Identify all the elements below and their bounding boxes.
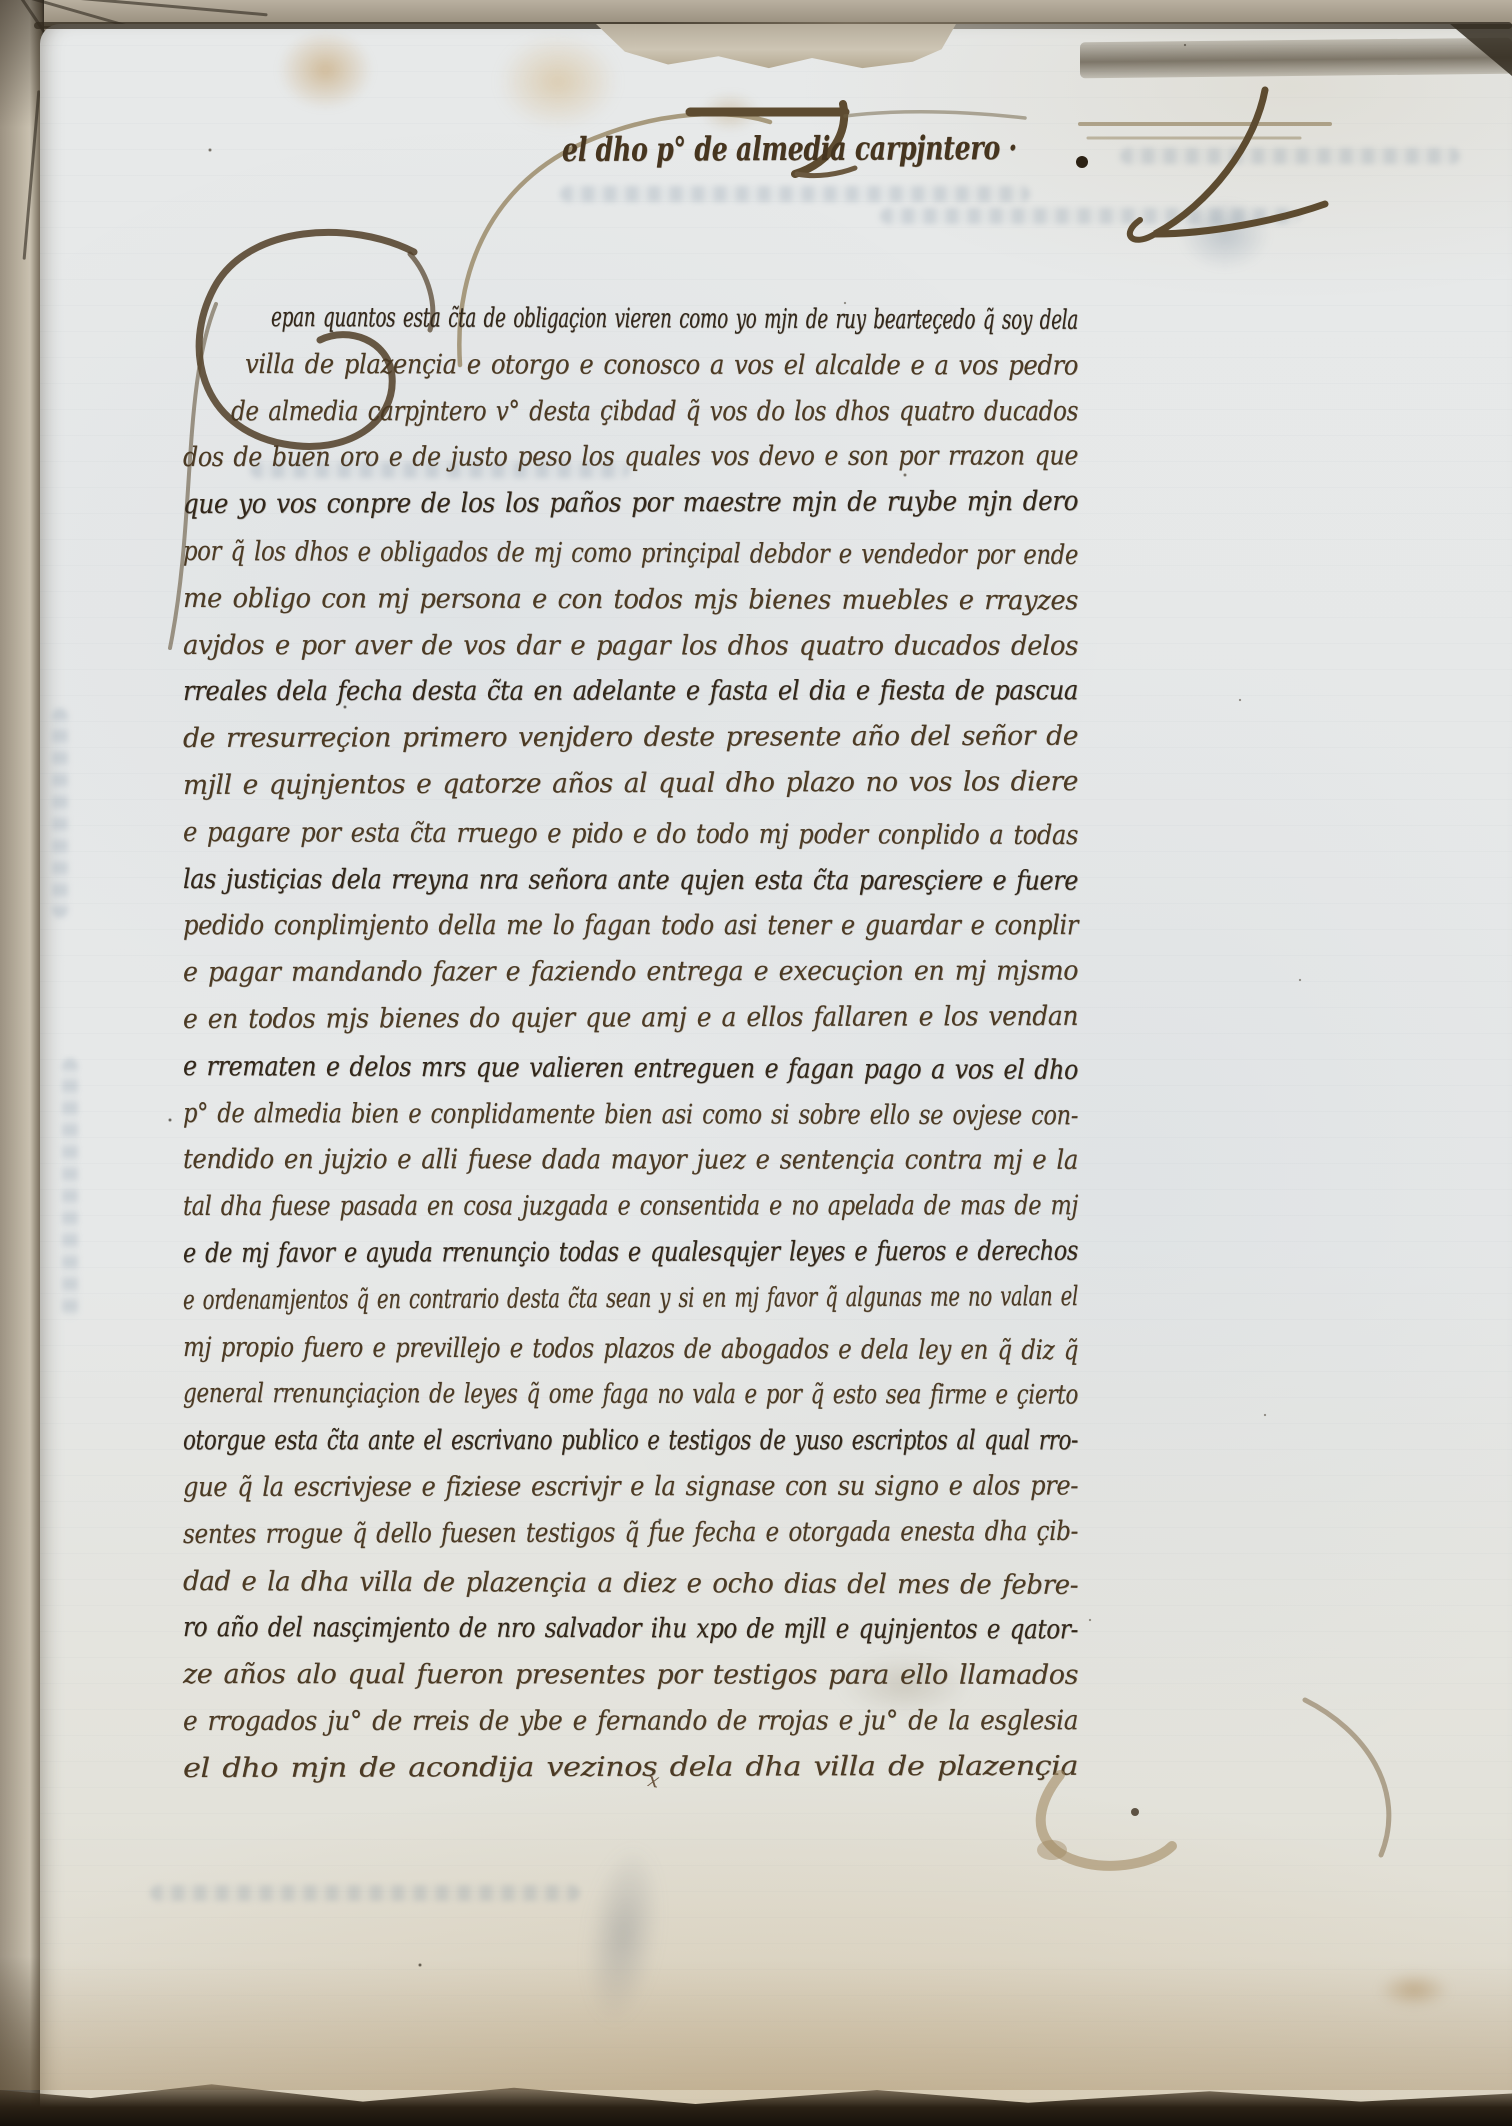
manuscript-line-text: sentes rrogue q̃ dello fuesen testigos q… — [183, 1509, 1078, 1559]
manuscript-line: que yo vos conpre de los los paños por m… — [183, 482, 1078, 529]
manuscript-line: mj propio fuero e previllejo e todos pla… — [183, 1325, 1078, 1372]
manuscript-line: mjll e qujnjentos e qatorze años al qual… — [183, 763, 1078, 810]
manuscript-line: ze años alo qual fueron presentes por te… — [183, 1652, 1078, 1699]
manuscript-line-text: general rrenunçiaçion de leyes q̃ ome fa… — [183, 1371, 1078, 1419]
manuscript-line-text: por q̃ los dhos e obligados de mj como p… — [183, 529, 1078, 580]
manuscript-line-text: avjdos e por aver de vos dar e pagar los… — [183, 623, 1078, 671]
manuscript-line-text: gue q̃ la escrivjese e fiziese escrivjr … — [183, 1463, 1078, 1511]
manuscript-line: avjdos e por aver de vos dar e pagar los… — [183, 623, 1078, 670]
manuscript-line-text: e de mj favor e ayuda rrenunçio todas e … — [183, 1229, 1078, 1278]
manuscript-line: pedido conplimjento della me lo fagan to… — [183, 903, 1078, 950]
manuscript-line: e de mj favor e ayuda rrenunçio todas e … — [183, 1231, 1078, 1278]
manuscript-line-text: p° de almedia bien e conplidamente bien … — [183, 1091, 1078, 1140]
manuscript-line: e ordenamjentos q̃ en contrario desta c̃… — [183, 1278, 1078, 1325]
manuscript-line: las justiçias dela rreyna nra señora ant… — [183, 857, 1078, 904]
manuscript-line-text: mjll e qujnjentos e qatorze años al qual… — [183, 759, 1078, 810]
manuscript-line: e en todos mjs bienes do qujer que amj e… — [183, 997, 1078, 1044]
manuscript-line: dos de buen oro e de justo peso los qual… — [183, 435, 1078, 482]
manuscript-line-text: de rresurreçion primero venjdero deste p… — [183, 714, 1078, 763]
manuscript-line: rreales dela fecha desta c̃ta en adelant… — [183, 669, 1078, 716]
manuscript-line-text: ro año del nasçimjento de nro salvador i… — [183, 1605, 1078, 1654]
manuscript-photo: el dho p° de almedia carpjntero · S epan… — [0, 0, 1512, 2126]
manuscript-line: e rrogados ju° de rreis de ybe e fernand… — [183, 1699, 1078, 1746]
manuscript-line-text: otorgue esta c̃ta ante el escrivano publ… — [183, 1418, 1078, 1465]
manuscript-line-text: e pagar mandando fazer e faziendo entreg… — [183, 949, 1078, 997]
manuscript-line: tendido en jujzio e alli fuese dada mayo… — [183, 1137, 1078, 1184]
manuscript-line-text: las justiçias dela rreyna nra señora ant… — [183, 857, 1078, 905]
manuscript-line: general rrenunçiaçion de leyes q̃ ome fa… — [183, 1371, 1078, 1418]
manuscript-line-text: dad e la dha villa de plazençia a diez e… — [183, 1559, 1078, 1610]
heading-text: el dho p° de almedia carpjntero · — [562, 128, 1017, 169]
manuscript-line: gue q̃ la escrivjese e fiziese escrivjr … — [183, 1465, 1078, 1512]
manuscript-line-text: de almedia carpjntero v° desta çibdad q̃… — [231, 389, 1078, 436]
manuscript-line: tal dha fuese pasada en cosa juzgada e c… — [183, 1184, 1078, 1231]
manuscript-line-text: el dho mjn de acondija vezinos dela dha … — [183, 1743, 1078, 1792]
bottom-edge-discoloration — [0, 1960, 1512, 2090]
manuscript-line-text: mj propio fuero e previllejo e todos pla… — [183, 1325, 1078, 1375]
manuscript-line-text: e en todos mjs bienes do qujer que amj e… — [183, 994, 1078, 1044]
manuscript-line: e pagar mandando fazer e faziendo entreg… — [183, 950, 1078, 997]
manuscript-line-text: tendido en jujzio e alli fuese dada mayo… — [183, 1137, 1078, 1185]
manuscript-line: villa de plazençia e otorgo e conosco a … — [183, 342, 1078, 389]
manuscript-line: e rrematen e delos mrs que valieren entr… — [183, 1044, 1078, 1091]
manuscript-line: me obligo con mj persona e con todos mjs… — [183, 576, 1078, 623]
manuscript-line: sentes rrogue q̃ dello fuesen testigos q… — [183, 1512, 1078, 1559]
manuscript-line-text: ze años alo qual fueron presentes por te… — [183, 1652, 1078, 1700]
heading-rubric-icon — [1070, 82, 1350, 262]
manuscript-line-text: me obligo con mj persona e con todos mjs… — [183, 576, 1078, 625]
manuscript-line: de almedia carpjntero v° desta çibdad q̃… — [183, 389, 1078, 436]
manuscript-line-text: e ordenamjentos q̃ en contrario desta c̃… — [183, 1274, 1078, 1325]
manuscript-line-text: e rrematen e delos mrs que valieren entr… — [183, 1044, 1078, 1095]
manuscript-line: de rresurreçion primero venjdero deste p… — [183, 716, 1078, 763]
manuscript-line: otorgue esta c̃ta ante el escrivano publ… — [183, 1418, 1078, 1465]
manuscript-line: p° de almedia bien e conplidamente bien … — [183, 1091, 1078, 1138]
manuscript-line-text: e pagare por esta c̃ta rruego e pido e d… — [183, 810, 1078, 860]
manuscript-line: por q̃ los dhos e obligados de mj como p… — [183, 529, 1078, 576]
manuscript-text-block: epan quantos esta c̃ta de obligaçion vie… — [183, 295, 1078, 1793]
manuscript-line-text: que yo vos conpre de los los paños por m… — [183, 479, 1078, 529]
manuscript-line-text: dos de buen oro e de justo peso los qual… — [183, 434, 1078, 482]
manuscript-line: e pagare por esta c̃ta rruego e pido e d… — [183, 810, 1078, 857]
manuscript-line: el dho mjn de acondija vezinos dela dha … — [183, 1746, 1078, 1793]
manuscript-line-text: e rrogados ju° de rreis de ybe e fernand… — [183, 1698, 1078, 1746]
rubric-flourish — [1000, 1770, 1220, 1900]
manuscript-line-text: tal dha fuese pasada en cosa juzgada e c… — [183, 1183, 1078, 1231]
manuscript-line-text: villa de plazençia e otorgo e conosco a … — [245, 342, 1078, 390]
manuscript-line-text: pedido conplimjento della me lo fagan to… — [183, 903, 1078, 950]
manuscript-line: epan quantos esta c̃ta de obligaçion vie… — [183, 295, 1078, 342]
descender-flourish — [1285, 1690, 1445, 1870]
manuscript-line: ro año del nasçimjento de nro salvador i… — [183, 1605, 1078, 1652]
manuscript-line: dad e la dha villa de plazençia a diez e… — [183, 1559, 1078, 1606]
manuscript-line-text: epan quantos esta c̃ta de obligaçion vie… — [271, 295, 1078, 345]
manuscript-line-text: rreales dela fecha desta c̃ta en adelant… — [183, 669, 1078, 717]
